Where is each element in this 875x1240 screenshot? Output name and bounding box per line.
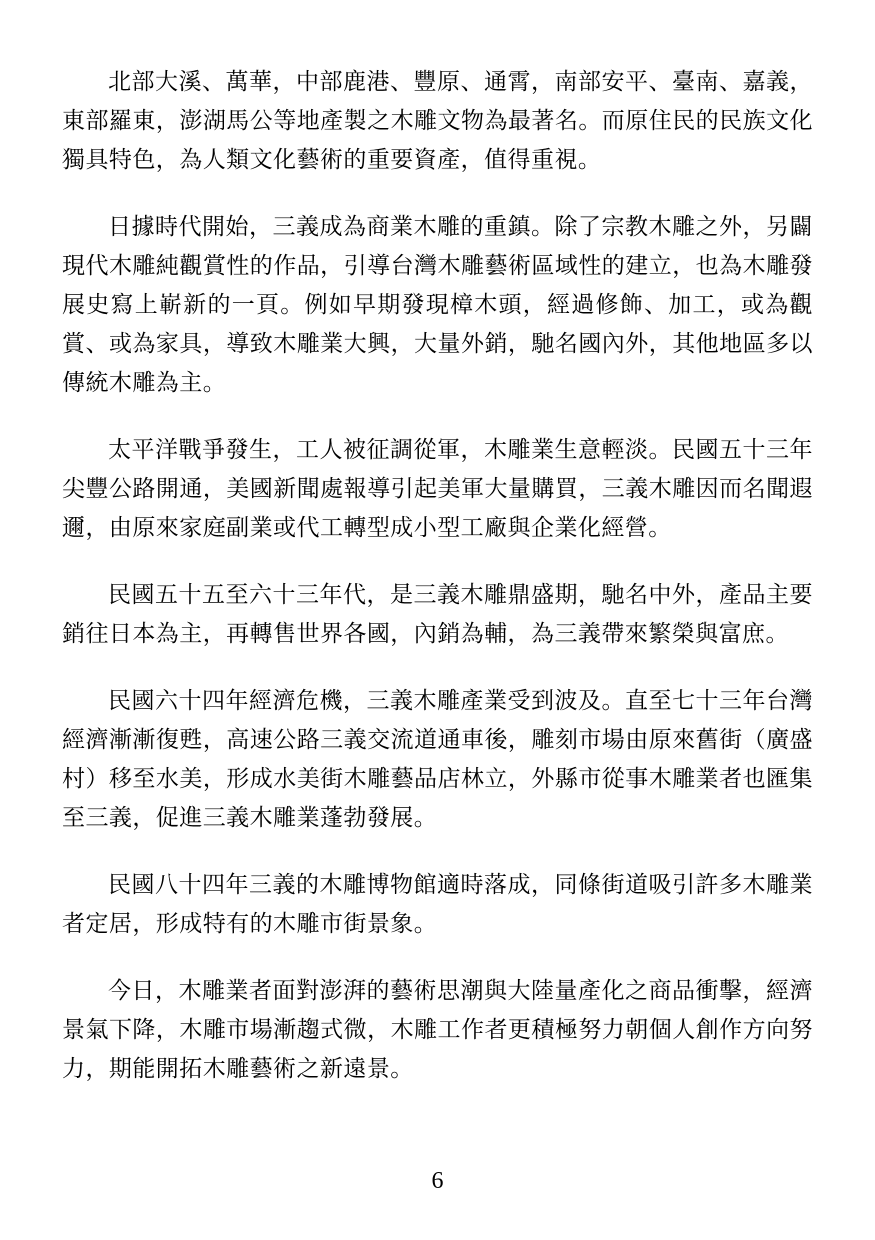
paragraph: 民國八十四年三義的木雕博物館適時落成，同條街道吸引許多木雕業者定居，形成特有的木… <box>62 865 813 943</box>
document-body: 北部大溪、萬華，中部鹿港、豐原、通霄，南部安平、臺南、嘉義，東部羅東，澎湖馬公等… <box>62 62 813 1116</box>
paragraph: 北部大溪、萬華，中部鹿港、豐原、通霄，南部安平、臺南、嘉義，東部羅東，澎湖馬公等… <box>62 62 813 179</box>
paragraph: 太平洋戰爭發生，工人被征調從軍，木雕業生意輕淡。民國五十三年尖豐公路開通，美國新… <box>62 430 813 547</box>
paragraph: 日據時代開始，三義成為商業木雕的重鎮。除了宗教木雕之外，另闢現代木雕純觀賞性的作… <box>62 207 813 402</box>
paragraph: 民國六十四年經濟危機，三義木雕產業受到波及。直至七十三年台灣經濟漸漸復甦，高速公… <box>62 681 813 837</box>
paragraph: 民國五十五至六十三年代，是三義木雕鼎盛期，馳名中外，產品主要銷往日本為主，再轉售… <box>62 575 813 653</box>
page-number: 6 <box>0 1166 875 1196</box>
paragraph: 今日，木雕業者面對澎湃的藝術思潮與大陸量產化之商品衝擊，經濟景氣下降，木雕市場漸… <box>62 971 813 1088</box>
document-page: 北部大溪、萬華，中部鹿港、豐原、通霄，南部安平、臺南、嘉義，東部羅東，澎湖馬公等… <box>0 0 875 1240</box>
